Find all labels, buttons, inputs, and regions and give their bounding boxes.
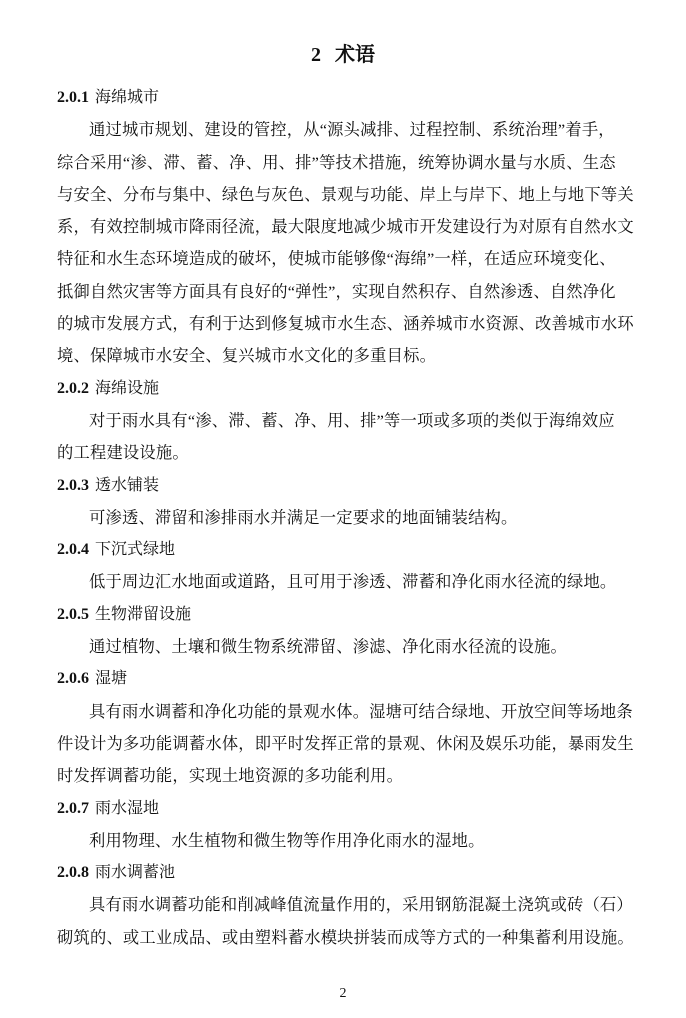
section-2-0-2: 2.0.2海绵设施 对于雨水具有“渗、滞、蓄、净、用、排”等一项或多项的类似于海…	[57, 373, 613, 470]
paragraph-line: 与安全、分布与集中、绿色与灰色、景观与功能、岸上与岸下、地上与地下等关	[57, 179, 613, 211]
section-number: 2.0.5	[57, 606, 89, 623]
paragraph-line: 具有雨水调蓄和净化功能的景观水体。湿塘可结合绿地、开放空间等场地条	[57, 696, 613, 728]
section-number: 2.0.7	[57, 800, 89, 817]
paragraph-line: 境、保障城市水安全、复兴城市水文化的多重目标。	[57, 340, 613, 372]
paragraph-line: 通过城市规划、建设的管控，从“源头减排、过程控制、系统治理”着手，	[57, 114, 613, 146]
paragraph-line: 抵御自然灾害等方面具有良好的“弹性”，实现自然积存、自然渗透、自然净化	[57, 276, 613, 308]
chapter-title-text: 术语	[335, 44, 375, 66]
section-heading: 2.0.3透水铺装	[57, 470, 613, 502]
section-heading: 2.0.5生物滞留设施	[57, 599, 613, 631]
paragraph-line: 具有雨水调蓄功能和削减峰值流量作用的，采用钢筋混凝土浇筑或砖（石）	[57, 889, 613, 921]
section-term: 透水铺装	[95, 477, 159, 494]
paragraph-line: 低于周边汇水地面或道路，且可用于渗透、滞蓄和净化雨水径流的绿地。	[57, 566, 613, 598]
section-2-0-3: 2.0.3透水铺装 可渗透、滞留和渗排雨水并满足一定要求的地面铺装结构。	[57, 470, 613, 535]
paragraph-line: 通过植物、土壤和微生物系统滞留、渗滤、净化雨水径流的设施。	[57, 631, 613, 663]
section-heading: 2.0.8雨水调蓄池	[57, 857, 613, 889]
section-number: 2.0.6	[57, 670, 89, 687]
section-2-0-8: 2.0.8雨水调蓄池 具有雨水调蓄功能和削减峰值流量作用的，采用钢筋混凝土浇筑或…	[57, 857, 613, 954]
section-term: 雨水湿地	[95, 800, 159, 817]
section-heading: 2.0.4下沉式绿地	[57, 534, 613, 566]
section-heading: 2.0.6湿塘	[57, 663, 613, 695]
section-term: 海绵设施	[95, 380, 159, 397]
paragraph-line: 系，有效控制城市降雨径流，最大限度地减少城市开发建设行为对原有自然水文	[57, 211, 613, 243]
page-number: 2	[0, 984, 686, 1004]
section-number: 2.0.4	[57, 541, 89, 558]
section-2-0-7: 2.0.7雨水湿地 利用物理、水生植物和微生物等作用净化雨水的湿地。	[57, 793, 613, 858]
section-number: 2.0.1	[57, 89, 89, 106]
paragraph-line: 特征和水生态环境造成的破坏，使城市能够像“海绵”一样，在适应环境变化、	[57, 243, 613, 275]
section-number: 2.0.8	[57, 864, 89, 881]
section-heading: 2.0.2海绵设施	[57, 373, 613, 405]
paragraph-line: 综合采用“渗、滞、蓄、净、用、排”等技术措施，统筹协调水量与水质、生态	[57, 147, 613, 179]
chapter-number: 2	[311, 44, 321, 66]
paragraph-line: 件设计为多功能调蓄水体，即平时发挥正常的景观、休闲及娱乐功能，暴雨发生	[57, 728, 613, 760]
paragraph-line: 利用物理、水生植物和微生物等作用净化雨水的湿地。	[57, 825, 613, 857]
section-2-0-5: 2.0.5生物滞留设施 通过植物、土壤和微生物系统滞留、渗滤、净化雨水径流的设施…	[57, 599, 613, 664]
section-2-0-6: 2.0.6湿塘 具有雨水调蓄和净化功能的景观水体。湿塘可结合绿地、开放空间等场地…	[57, 663, 613, 792]
section-term: 海绵城市	[95, 89, 159, 106]
section-2-0-1: 2.0.1海绵城市 通过城市规划、建设的管控，从“源头减排、过程控制、系统治理”…	[57, 82, 613, 373]
section-heading: 2.0.1海绵城市	[57, 82, 613, 114]
paragraph-line: 的工程建设设施。	[57, 437, 613, 469]
section-term: 生物滞留设施	[95, 606, 191, 623]
section-number: 2.0.2	[57, 380, 89, 397]
section-term: 湿塘	[95, 670, 127, 687]
terms-content: 2.0.1海绵城市 通过城市规划、建设的管控，从“源头减排、过程控制、系统治理”…	[57, 82, 613, 954]
section-term: 下沉式绿地	[95, 541, 175, 558]
section-2-0-4: 2.0.4下沉式绿地 低于周边汇水地面或道路，且可用于渗透、滞蓄和净化雨水径流的…	[57, 534, 613, 599]
document-page: 2术语 2.0.1海绵城市 通过城市规划、建设的管控，从“源头减排、过程控制、系…	[0, 0, 686, 1018]
section-term: 雨水调蓄池	[95, 864, 175, 881]
paragraph-line: 砌筑的、或工业成品、或由塑料蓄水模块拼装而成等方式的一种集蓄利用设施。	[57, 922, 613, 954]
paragraph-line: 对于雨水具有“渗、滞、蓄、净、用、排”等一项或多项的类似于海绵效应	[57, 405, 613, 437]
section-heading: 2.0.7雨水湿地	[57, 793, 613, 825]
chapter-title: 2术语	[0, 40, 686, 70]
paragraph-line: 时发挥调蓄功能，实现土地资源的多功能利用。	[57, 760, 613, 792]
paragraph-line: 可渗透、滞留和渗排雨水并满足一定要求的地面铺装结构。	[57, 502, 613, 534]
paragraph-line: 的城市发展方式，有利于达到修复城市水生态、涵养城市水资源、改善城市水环	[57, 308, 613, 340]
section-number: 2.0.3	[57, 477, 89, 494]
